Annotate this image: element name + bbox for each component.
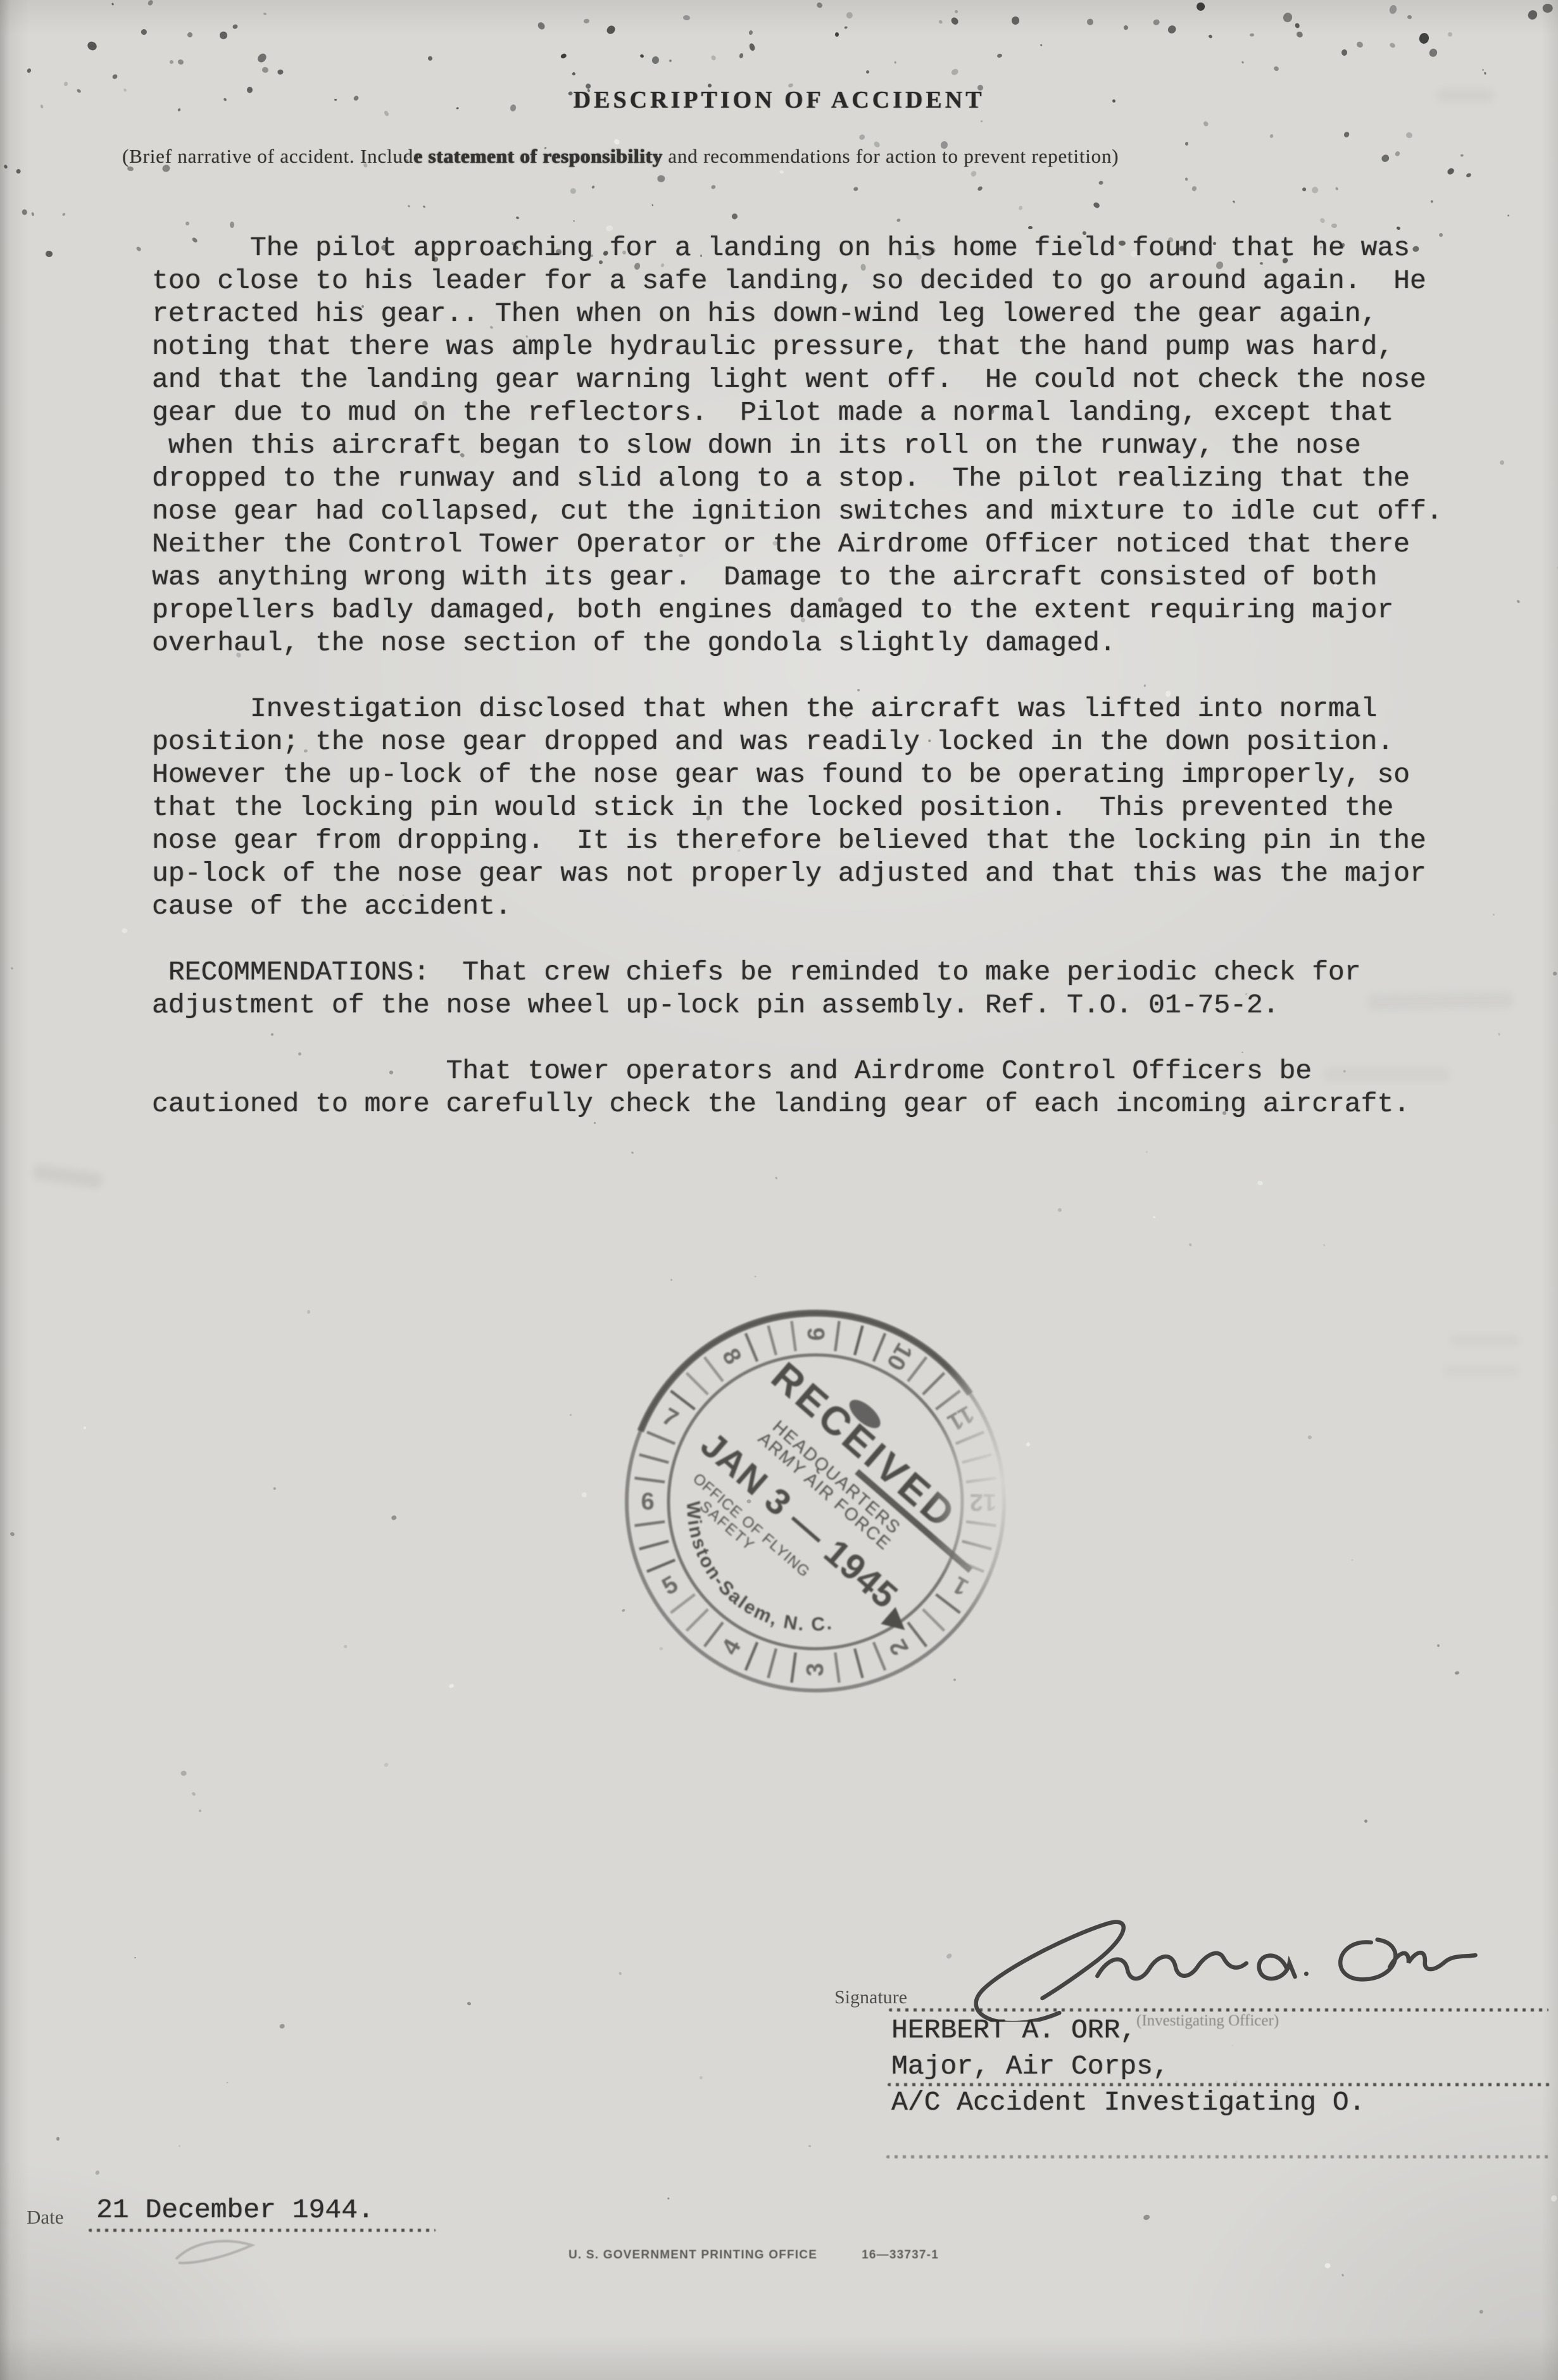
paper-speck xyxy=(1057,1207,1062,1212)
date-line xyxy=(89,2229,436,2232)
paper-speck xyxy=(1352,1559,1353,1561)
paper-speck xyxy=(140,28,148,35)
paper-speck xyxy=(1331,224,1337,228)
gpo-code: 16—33737-1 xyxy=(862,2248,939,2262)
paper-speck xyxy=(573,220,575,222)
paper-speck xyxy=(256,52,268,64)
paper-speck xyxy=(808,2145,811,2148)
paper-speck xyxy=(1389,42,1396,48)
paper-speck xyxy=(1507,214,1510,217)
paper-speck xyxy=(954,9,958,13)
paper-speck xyxy=(618,1972,622,1976)
paper-speck xyxy=(147,0,154,7)
stamp-dial-tick xyxy=(874,1333,885,1361)
paper-speck xyxy=(858,134,865,141)
paper-speck xyxy=(1129,438,1131,439)
paper-speck xyxy=(111,3,114,6)
form-caption-pre: (Brief narrative of accident. Includ xyxy=(122,145,413,167)
paper-speck xyxy=(640,54,645,59)
paper-speck xyxy=(631,1151,634,1154)
paper-speck xyxy=(187,32,193,39)
paper-speck xyxy=(219,31,229,41)
paper-speck xyxy=(749,30,754,35)
paper-speck xyxy=(570,187,577,194)
paper-speck-white xyxy=(84,1426,87,1429)
signature-label: Signature xyxy=(834,1987,907,2008)
paper-speck xyxy=(977,186,983,192)
paper-speck xyxy=(1516,599,1520,603)
paper-speck xyxy=(247,87,253,93)
stamp-dial-number: 6 xyxy=(641,1489,654,1515)
stamp-dial-tick xyxy=(835,1321,839,1351)
typed-title: A/C Accident Investigating O. xyxy=(891,2087,1365,2118)
paper-speck xyxy=(56,2137,60,2141)
paper-speck xyxy=(569,1414,572,1416)
paper-speck xyxy=(1479,2310,1484,2314)
stamp-dial-tick xyxy=(746,1333,757,1361)
paper-speck xyxy=(1203,120,1209,127)
paper-speck xyxy=(669,59,672,62)
date-value: 21 December 1944. xyxy=(96,2194,374,2226)
paper-speck xyxy=(1072,1097,1076,1100)
paper-speck xyxy=(865,70,870,75)
paper-speck xyxy=(1040,44,1043,47)
paper-speck xyxy=(9,1532,15,1537)
paper-speck xyxy=(710,54,717,61)
gpo-footer: U. S. GOVERNMENT PRINTING OFFICE16—33737… xyxy=(569,2248,939,2262)
paper-speck xyxy=(1273,66,1280,72)
paper-speck xyxy=(62,212,66,216)
stamp-dial-tick xyxy=(855,1649,862,1678)
paper-speck xyxy=(279,2023,286,2029)
paper-speck xyxy=(894,61,896,63)
signature-line xyxy=(889,2008,1549,2012)
stamp-dial-tick xyxy=(634,1478,665,1482)
paper-speck xyxy=(754,1276,756,1278)
gpo-printer: U. S. GOVERNMENT PRINTING OFFICE xyxy=(569,2248,817,2262)
bleedthrough-smudge xyxy=(1450,1335,1519,1346)
extra-blank-line xyxy=(886,2155,1551,2158)
paper-speck xyxy=(1302,187,1307,192)
paper-speck xyxy=(422,205,425,208)
paper-speck xyxy=(699,2076,702,2079)
paper-speck xyxy=(46,251,53,258)
paper-speck xyxy=(179,2145,180,2147)
paper-speck xyxy=(845,11,853,19)
paper-speck xyxy=(407,205,410,208)
bleedthrough-smudge xyxy=(1367,992,1513,1011)
stamp-dial-tick xyxy=(791,1653,795,1683)
stamp-dial-number: 7 xyxy=(658,1403,682,1433)
stamp-dial-tick xyxy=(647,1432,675,1444)
bleedthrough-smudge xyxy=(32,1164,103,1188)
paper-speck xyxy=(85,40,98,52)
paper-speck xyxy=(1418,32,1429,44)
paper-speck xyxy=(896,218,901,223)
typed-rank: Major, Air Corps, xyxy=(891,2051,1169,2082)
stamp-dial-tick xyxy=(874,1642,885,1670)
paper-speck xyxy=(127,166,134,172)
stamp-dial-number: 2 xyxy=(884,1635,914,1659)
paper-speck xyxy=(774,1176,777,1180)
paper-speck xyxy=(1447,32,1453,37)
paper-speck xyxy=(651,204,653,206)
paper-speck xyxy=(1388,4,1397,15)
paper-speck xyxy=(1466,172,1473,178)
paper-speck xyxy=(1232,200,1235,203)
paper-speck xyxy=(997,53,1003,58)
paper-speck xyxy=(670,1279,673,1281)
stamp-dial-tick xyxy=(639,1454,669,1462)
paper-speck xyxy=(1166,24,1178,35)
paper-speck xyxy=(1492,913,1495,916)
paper-speck xyxy=(657,175,665,182)
paper-speck xyxy=(1341,2274,1345,2277)
paper-speck xyxy=(700,255,702,257)
paper-speck xyxy=(584,18,589,23)
paper-speck xyxy=(383,1762,389,1768)
paper-speck xyxy=(111,73,118,80)
form-caption-post: and recommendations for action to preven… xyxy=(663,145,1119,167)
stamp-dial-tick xyxy=(639,1541,669,1549)
paper-speck xyxy=(1341,49,1348,56)
paper-speck xyxy=(1185,177,1188,180)
scanned-accident-report-page: DESCRIPTION OF ACCIDENT (Brief narrative… xyxy=(0,0,1558,2380)
paper-speck xyxy=(226,2082,228,2084)
paper-speck xyxy=(536,21,546,31)
stamp-dial-tick xyxy=(768,1326,776,1355)
paper-speck xyxy=(1437,1644,1440,1647)
stamp-fade-overlay xyxy=(926,1317,1084,1646)
date-label: Date xyxy=(27,2206,64,2229)
paper-speck xyxy=(1295,30,1304,38)
paper-speck xyxy=(1323,1244,1326,1247)
paper-speck xyxy=(938,20,943,24)
paper-speck xyxy=(1195,1,1207,13)
paper-speck xyxy=(739,53,744,58)
paper-speck xyxy=(1543,3,1553,12)
stamp-dial-tick xyxy=(791,1321,795,1351)
paper-speck xyxy=(1310,186,1319,194)
paper-speck-white xyxy=(1550,2194,1558,2203)
paper-speck xyxy=(1260,262,1263,265)
page-title: DESCRIPTION OF ACCIDENT xyxy=(0,86,1558,114)
paper-speck xyxy=(277,69,283,75)
paper-speck-white xyxy=(605,224,613,232)
paper-speck xyxy=(1098,180,1103,185)
paper-speck xyxy=(1355,41,1364,49)
paper-speck xyxy=(1208,34,1212,39)
form-caption-overstrike: e statement of responsibility xyxy=(413,145,663,167)
paper-speck xyxy=(467,2001,471,2005)
paper-speck-white xyxy=(1333,583,1338,587)
paper-speck xyxy=(1152,18,1160,26)
paper-speck xyxy=(1086,18,1094,25)
paper-speck xyxy=(16,168,21,173)
paper-speck-white xyxy=(779,170,784,175)
paper-speck xyxy=(816,1,824,9)
paper-speck xyxy=(263,12,267,16)
paper-speck-white xyxy=(1324,2263,1331,2269)
paper-speck xyxy=(343,1644,347,1648)
paper-speck xyxy=(1319,217,1326,224)
rank-divider-line xyxy=(888,2083,1550,2086)
paper-speck xyxy=(651,56,660,65)
paper-speck xyxy=(307,1310,311,1314)
stamp-dial-tick xyxy=(686,1609,708,1631)
stamp-dial-number: 8 xyxy=(717,1344,746,1369)
paper-speck xyxy=(1428,47,1438,58)
paper-speck xyxy=(970,170,977,177)
paper-speck xyxy=(835,32,839,37)
paper-speck xyxy=(1431,200,1433,203)
paper-speck xyxy=(853,187,858,191)
paper-speck xyxy=(261,66,269,73)
stamp-dial-tick xyxy=(634,1521,665,1525)
paper-speck-white xyxy=(448,1684,455,1689)
pencil-smudge xyxy=(170,2234,277,2272)
paper-speck xyxy=(572,72,576,75)
paper-speck xyxy=(3,165,8,170)
paper-speck xyxy=(1307,1435,1312,1440)
form-caption: (Brief narrative of accident. Include st… xyxy=(122,145,1490,168)
paper-speck xyxy=(1092,201,1100,208)
paper-speck xyxy=(1143,2214,1150,2221)
signature-handwriting xyxy=(904,1911,1543,2022)
paper-speck-white xyxy=(121,928,127,934)
paper-speck xyxy=(177,58,184,65)
paper-speck-white xyxy=(1257,1180,1264,1186)
paper-speck xyxy=(667,2198,670,2200)
paper-speck xyxy=(981,120,983,122)
paper-speck xyxy=(951,68,960,76)
paper-speck xyxy=(1484,72,1486,75)
paper-speck xyxy=(679,554,683,557)
stamp-dial-tick xyxy=(686,1373,708,1394)
paper-speck xyxy=(1499,460,1505,466)
paper-speck xyxy=(1269,134,1274,138)
paper-speck xyxy=(1498,1033,1500,1036)
paper-speck xyxy=(198,1809,201,1812)
investigating-officer-note: (Investigating Officer) xyxy=(1136,2012,1279,2030)
paper-speck xyxy=(427,55,434,61)
paper-speck xyxy=(844,26,848,30)
paper-speck xyxy=(605,24,617,35)
paper-speck xyxy=(1012,16,1020,25)
paper-speck xyxy=(1145,1150,1148,1153)
paper-speck xyxy=(731,213,738,220)
paper-speck xyxy=(135,246,142,252)
paper-speck xyxy=(95,2170,100,2175)
stamp-dial-tick xyxy=(855,1326,862,1355)
stamp-dial-tick xyxy=(768,1649,776,1678)
bleedthrough-smudge xyxy=(1437,89,1494,103)
paper-speck xyxy=(1481,68,1484,71)
typed-name: HERBERT A. ORR, xyxy=(891,2015,1136,2046)
paper-speck-white xyxy=(581,1491,587,1498)
paper-speck xyxy=(230,222,235,228)
paper-speck xyxy=(748,43,756,52)
paper-speck xyxy=(191,1791,196,1796)
paper-speck xyxy=(1241,61,1245,64)
stamp-dial-number: 3 xyxy=(802,1663,829,1676)
paper-speck xyxy=(1343,131,1350,139)
stamp-dial-tick xyxy=(746,1642,757,1670)
paper-speck xyxy=(1122,25,1128,30)
paper-speck xyxy=(361,305,364,308)
stamp-dial-number: 5 xyxy=(658,1571,682,1601)
accident-narrative: The pilot approaching for a landing on h… xyxy=(152,232,1443,1121)
paper-speck xyxy=(391,1515,397,1521)
paper-speck xyxy=(1405,132,1413,139)
paper-speck xyxy=(1250,33,1254,37)
paper-speck xyxy=(169,60,174,65)
paper-speck xyxy=(1189,1243,1192,1247)
stamp-dial-number: 9 xyxy=(802,1327,829,1340)
paper-speck xyxy=(515,217,519,220)
bleedthrough-smudge xyxy=(1443,1365,1519,1376)
paper-speck xyxy=(185,222,189,226)
paper-speck xyxy=(1455,1671,1460,1675)
paper-speck xyxy=(711,184,717,189)
paper-speck xyxy=(273,1487,275,1490)
paper-speck xyxy=(594,1122,596,1124)
paper-speck xyxy=(232,23,239,29)
paper-speck xyxy=(1526,9,1539,22)
paper-speck xyxy=(1294,22,1300,28)
paper-speck xyxy=(683,15,690,21)
bleedthrough-smudge xyxy=(1323,1067,1450,1081)
paper-speck xyxy=(1552,971,1557,976)
stamp-dial-number: 4 xyxy=(717,1635,746,1659)
paper-speck xyxy=(134,1957,135,1959)
paper-speck xyxy=(1407,15,1412,20)
paper-speck xyxy=(1119,241,1126,246)
paper-speck xyxy=(1282,12,1293,23)
paper-speck xyxy=(1018,205,1024,211)
paper-speck xyxy=(560,53,567,59)
stamp-dial-tick xyxy=(835,1653,839,1683)
paper-speck xyxy=(1027,226,1032,229)
paper-speck xyxy=(31,212,34,216)
paper-speck xyxy=(1191,186,1197,192)
paper-speck xyxy=(1438,232,1443,237)
paper-speck xyxy=(950,16,959,26)
paper-speck xyxy=(1446,167,1455,176)
paper-speck xyxy=(1396,226,1400,230)
paper-speck xyxy=(180,1771,187,1776)
paper-speck xyxy=(27,68,32,73)
paper-speck xyxy=(11,967,14,970)
paper-speck xyxy=(1335,187,1339,191)
paper-speck xyxy=(21,209,27,215)
paper-speck-white xyxy=(1152,1216,1155,1219)
paper-speck xyxy=(1364,1819,1368,1823)
paper-speck xyxy=(591,185,595,189)
paper-speck xyxy=(1232,2044,1234,2046)
stamp-dial-tick xyxy=(647,1560,675,1571)
